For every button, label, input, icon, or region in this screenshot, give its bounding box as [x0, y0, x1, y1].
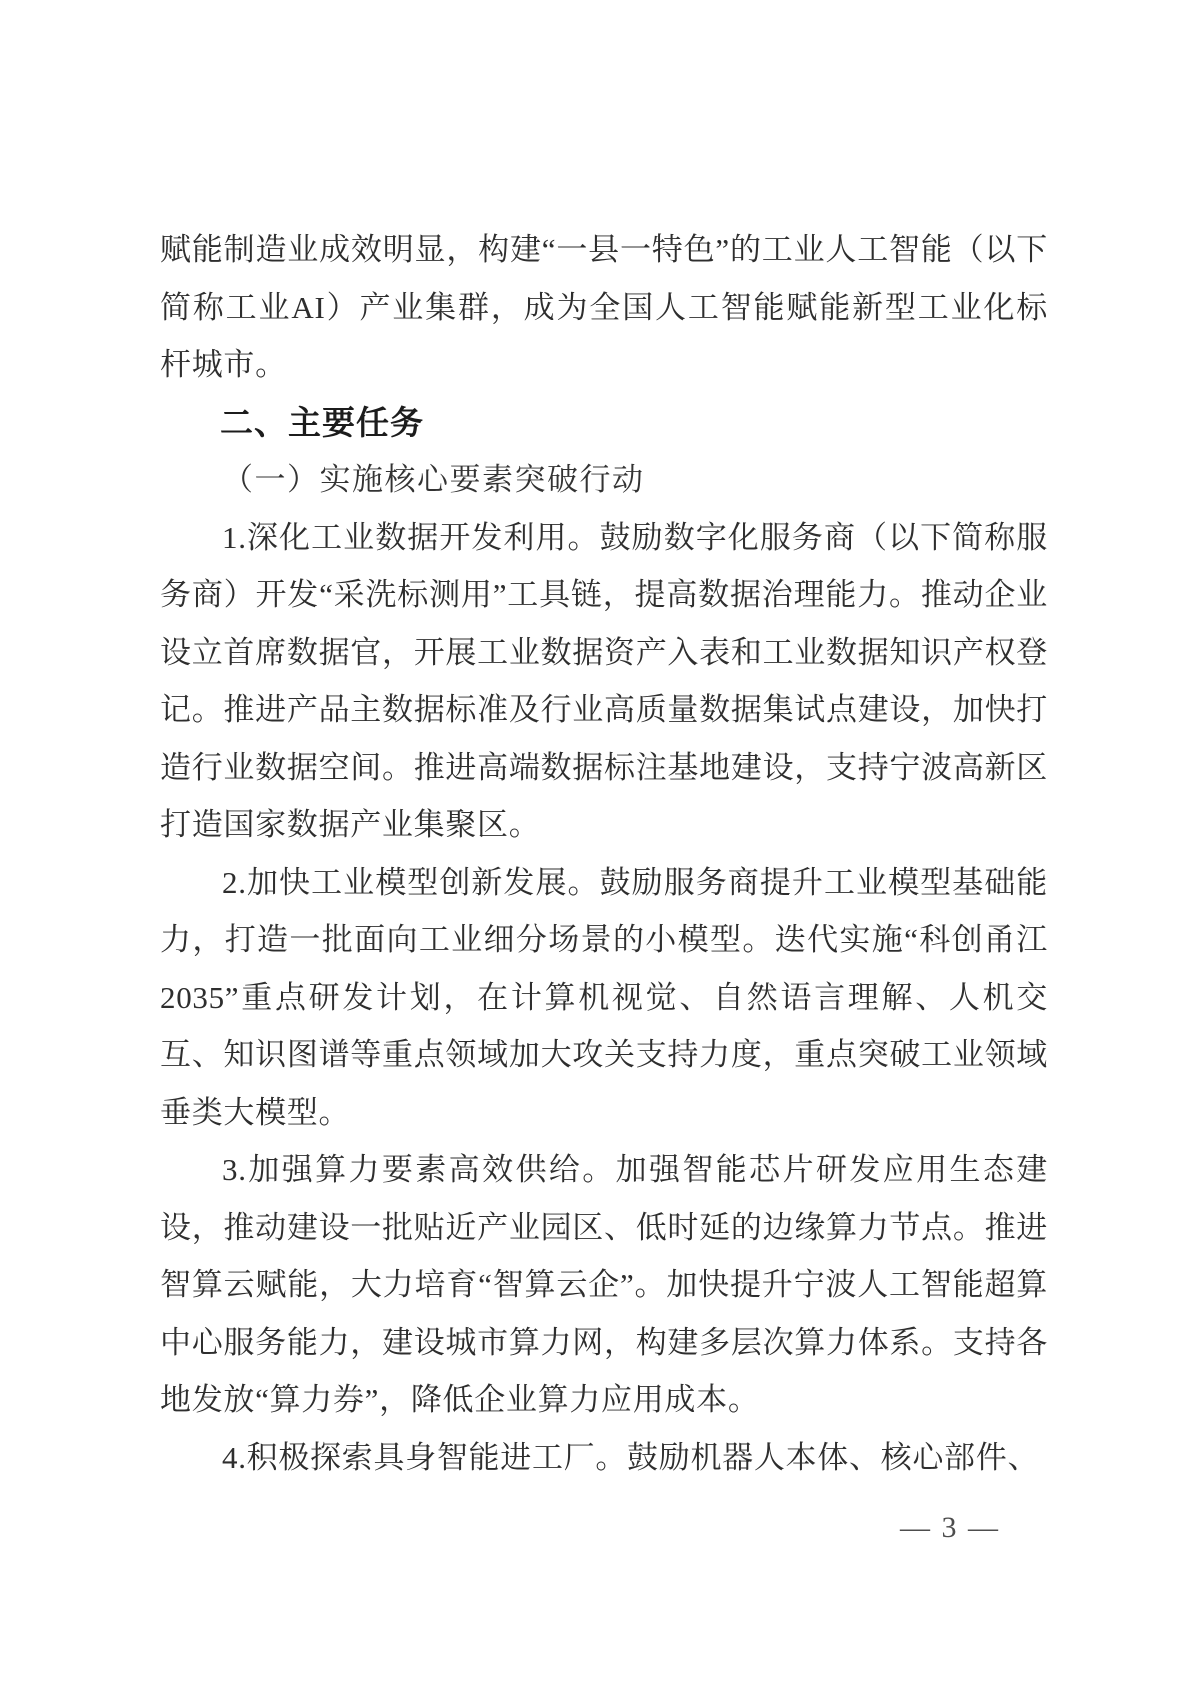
page-number: — 3 —	[0, 1508, 1000, 1548]
task-paragraph-2: 2.加快工业模型创新发展。鼓励服务商提升工业模型基础能力，打造一批面向工业细分场…	[160, 854, 1048, 1142]
task-paragraph-1: 1.深化工业数据开发利用。鼓励数字化服务商（以下简称服务商）开发“采洗标测用”工…	[160, 509, 1048, 854]
task-paragraph-3: 3.加强算力要素高效供给。加强智能芯片研发应用生态建设，推动建设一批贴近产业园区…	[160, 1141, 1048, 1429]
subsection-heading: （一）实施核心要素突破行动	[160, 451, 1048, 509]
document-page: 赋能制造业成效明显，构建“一县一特色”的工业人工智能（以下简称工业AI）产业集群…	[0, 0, 1190, 1684]
section-heading: 二、主要任务	[160, 394, 1048, 452]
task-paragraph-4: 4.积极探索具身智能进工厂。鼓励机器人本体、核心部件、	[160, 1429, 1048, 1487]
document-body: 赋能制造业成效明显，构建“一县一特色”的工业人工智能（以下简称工业AI）产业集群…	[160, 221, 1048, 1486]
intro-paragraph: 赋能制造业成效明显，构建“一县一特色”的工业人工智能（以下简称工业AI）产业集群…	[160, 221, 1048, 394]
